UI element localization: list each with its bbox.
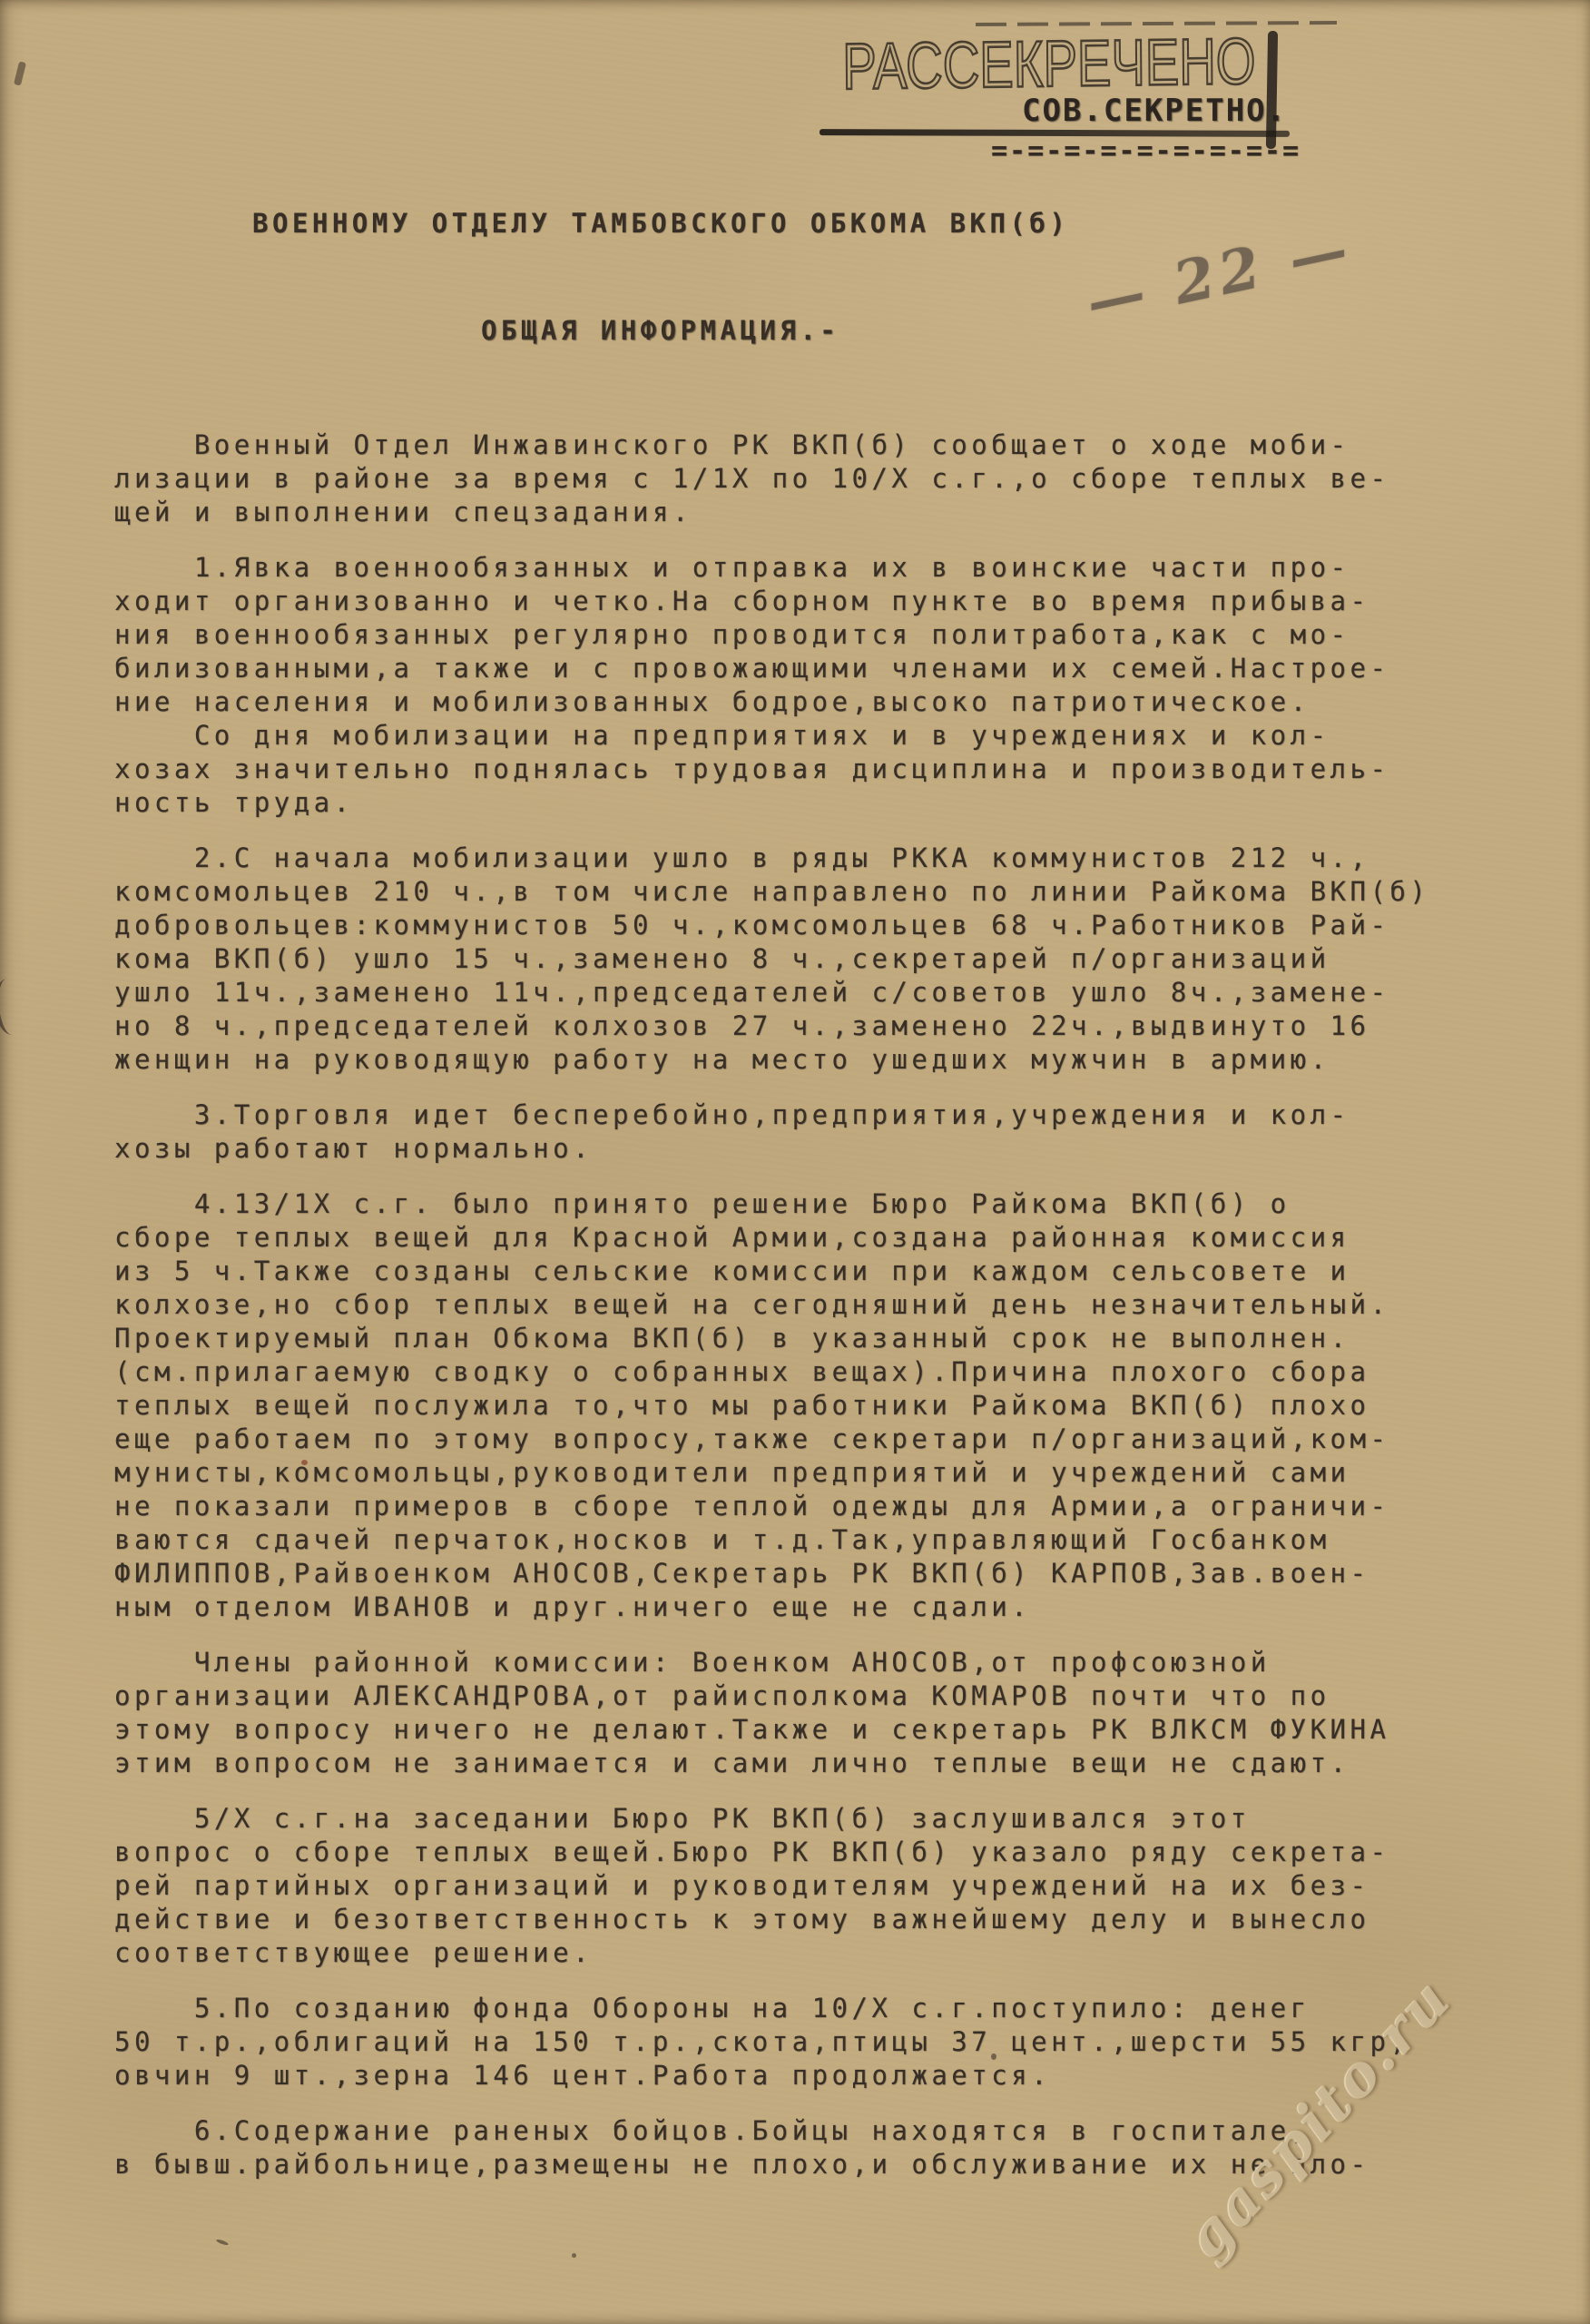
stamp-top-line bbox=[976, 21, 1337, 26]
paper-speck bbox=[572, 2253, 576, 2258]
declassified-stamp: РАССЕКРЕЧЕНО bbox=[842, 29, 1256, 100]
paragraph-item1: 1.Явка военнообязанных и отправка их в в… bbox=[114, 551, 1516, 719]
document-body: Военный Отдел Инжавинского РК ВКП(б) соо… bbox=[114, 428, 1516, 2203]
paragraph-item5: 5.По созданию фонда Обороны на 10/Х с.г.… bbox=[114, 1992, 1516, 2093]
paragraph-intro: Военный Отдел Инжавинского РК ВКП(б) соо… bbox=[114, 428, 1516, 529]
document-title: ОБЩАЯ ИНФОРМАЦИЯ.- bbox=[481, 314, 839, 348]
handwritten-page-number: — 22 — bbox=[1080, 214, 1359, 337]
paper-speck bbox=[216, 2239, 230, 2247]
paper-speck bbox=[991, 2053, 996, 2060]
paragraph-item3: 3.Торговля идет бесперебойно,предприятия… bbox=[114, 1098, 1516, 1166]
scanned-document-page: РАССЕКРЕЧЕНО СОВ.СЕКРЕТНО. =-=-=-=-=-=-=… bbox=[0, 0, 1590, 2324]
paper-speck bbox=[301, 1460, 308, 1465]
paragraph-bureau-session: 5/Х с.г.на заседании Бюро РК ВКП(б) засл… bbox=[114, 1802, 1516, 1970]
paragraph-commission-members: Члены районной комиссии: Военком АНОСОВ,… bbox=[114, 1646, 1516, 1780]
paper-curl-mark bbox=[0, 977, 27, 1036]
paragraph-item4: 4.13/1Х с.г. было принято решение Бюро Р… bbox=[114, 1187, 1516, 1624]
recipient-heading: ВОЕННОМУ ОТДЕЛУ ТАМБОВСКОГО ОБКОМА ВКП(б… bbox=[252, 207, 1069, 241]
paragraph-item2: 2.С начала мобилизации ушло в ряды РККА … bbox=[114, 842, 1516, 1077]
classification-label: СОВ.СЕКРЕТНО. bbox=[1022, 94, 1287, 128]
paper-speck bbox=[14, 61, 26, 85]
classification-dashed-rule: =-=-=-=-=-=-=-=-= bbox=[991, 134, 1300, 168]
paragraph-item1-continued: Со дня мобилизации на предприятиях и в у… bbox=[114, 719, 1516, 820]
